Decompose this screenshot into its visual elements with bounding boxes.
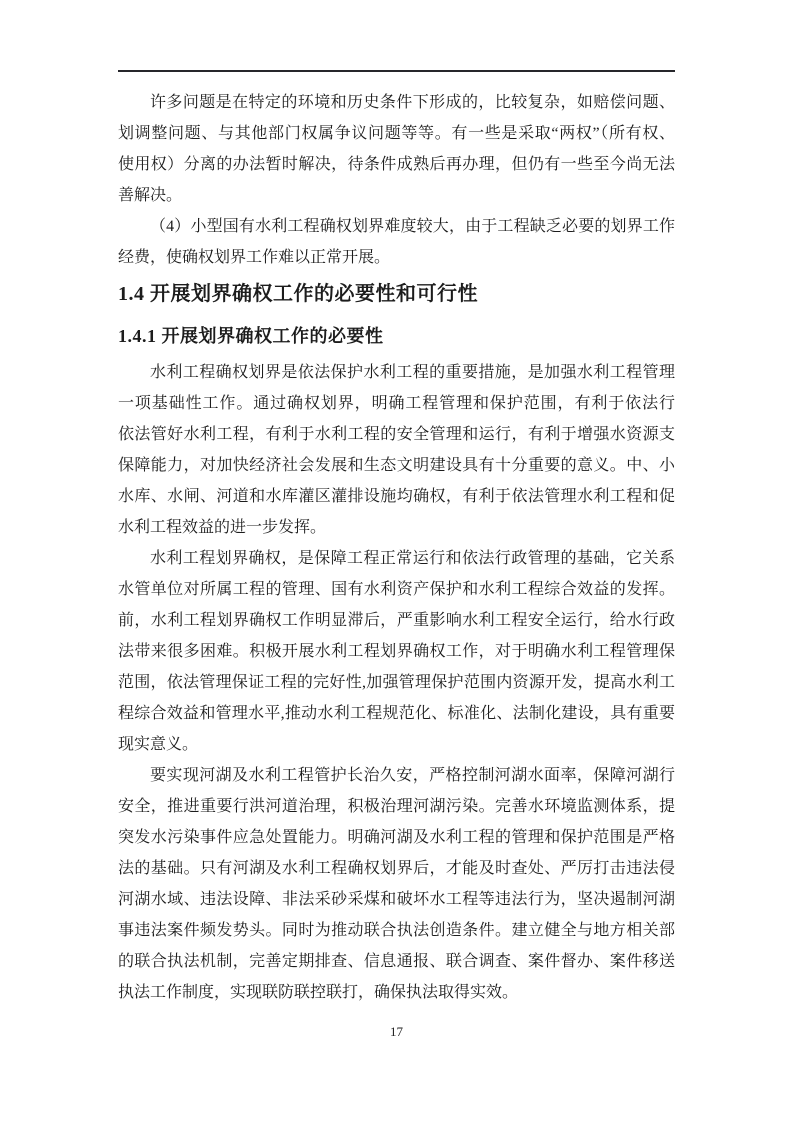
document-body: 许多问题是在特定的环境和历史条件下形成的，比较复杂，如赔偿问题、区划调整问题、与… <box>118 87 675 1008</box>
text-line: 程综合效益和管理水平,推动水利工程规范化、标准化、法制化建设，具有重要 <box>118 698 675 729</box>
text-line: 事违法案件频发势头。同时为推动联合执法创造条件。建立健全与地方相关部门 <box>118 915 675 946</box>
text-line: 水利工程确权划界是依法保护水利工程的重要措施，是加强水利工程管理的 <box>118 357 675 388</box>
text-line: 水利工程效益的进一步发挥。 <box>118 512 675 543</box>
paragraph-necessity-basis: 水利工程确权划界是依法保护水利工程的重要措施，是加强水利工程管理的一项基础性工作… <box>118 357 675 543</box>
text-line: 一项基础性工作。通过确权划界，明确工程管理和保护范围，有利于依法行政、 <box>118 388 675 419</box>
header-rule <box>118 70 675 72</box>
text-line: 善解决。 <box>118 180 675 211</box>
page-number: 17 <box>390 1024 403 1039</box>
paragraph-current-lag: 水利工程划界确权，是保障工程正常运行和依法行政管理的基础，它关系到水管单位对所属… <box>118 543 675 760</box>
document-page: 许多问题是在特定的环境和历史条件下形成的，比较复杂，如赔偿问题、区划调整问题、与… <box>0 0 793 1122</box>
text-line: 执法工作制度，实现联防联控联打，确保执法取得实效。 <box>118 977 675 1008</box>
text-line: 安全，推进重要行洪河道治理，积极治理河湖污染。完善水环境监测体系，提升 <box>118 791 675 822</box>
page-footer: 17 <box>0 1022 793 1042</box>
text-line: 河湖水域、违法设障、非法采砂采煤和破坏水工程等违法行为，坚决遏制河湖水 <box>118 884 675 915</box>
text-line: 划调整问题、与其他部门权属争议问题等等。有一些是采取“两权”（所有权、 <box>118 118 675 149</box>
text-line: 许多问题是在特定的环境和历史条件下形成的，比较复杂，如赔偿问题、区 <box>118 87 675 118</box>
text-line: 范围，依法管理保证工程的完好性,加强管理保护范围内资源开发，提高水利工 <box>118 667 675 698</box>
text-line: 水库、水闸、河道和水库灌区灌排设施均确权，有利于依法管理水利工程和促进 <box>118 481 675 512</box>
paragraph-rivers-lakes-enforcement: 要实现河湖及水利工程管护长治久安，严格控制河湖水面率，保障河湖行洪安全，推进重要… <box>118 760 675 1008</box>
text-line: 法的基础。只有河湖及水利工程确权划界后，才能及时查处、严厉打击违法侵占 <box>118 853 675 884</box>
text-line: 要实现河湖及水利工程管护长治久安，严格控制河湖水面率，保障河湖行洪 <box>118 760 675 791</box>
text-line: 现实意义。 <box>118 729 675 760</box>
text-line: 水管单位对所属工程的管理、国有水利资产保护和水利工程综合效益的发挥。当 <box>118 574 675 605</box>
text-line: 前，水利工程划界确权工作明显滞后，严重影响水利工程安全运行，给水行政执 <box>118 605 675 636</box>
text-line: （4）小型国有水利工程确权划界难度较大，由于工程缺乏必要的划界工作 <box>118 211 675 242</box>
text-line: 水利工程划界确权，是保障工程正常运行和依法行政管理的基础，它关系到 <box>118 543 675 574</box>
text-line: 使用权）分离的办法暂时解决，待条件成熟后再办理，但仍有一些至今尚无法妥 <box>118 149 675 180</box>
text-line: 经费，使确权划界工作难以正常开展。 <box>118 242 675 273</box>
text-line: 法带来很多困难。积极开展水利工程划界确权工作，对于明确水利工程管理保护 <box>118 636 675 667</box>
text-line: 保障能力，对加快经济社会发展和生态文明建设具有十分重要的意义。中、小型 <box>118 450 675 481</box>
text-line: 的联合执法机制，完善定期排查、信息通报、联合调查、案件督办、案件移送等 <box>118 946 675 977</box>
text-line: 突发水污染事件应急处置能力。明确河湖及水利工程的管理和保护范围是严格执 <box>118 822 675 853</box>
paragraph-item-4-difficulty: （4）小型国有水利工程确权划界难度较大，由于工程缺乏必要的划界工作经费，使确权划… <box>118 211 675 273</box>
heading-1-4-1: 1.4.1 开展划界确权工作的必要性 <box>118 315 675 357</box>
paragraph-unresolved-issues: 许多问题是在特定的环境和历史条件下形成的，比较复杂，如赔偿问题、区划调整问题、与… <box>118 87 675 211</box>
text-line: 依法管好水利工程，有利于水利工程的安全管理和运行，有利于增强水资源支撑 <box>118 419 675 450</box>
heading-1-4: 1.4 开展划界确权工作的必要性和可行性 <box>118 273 675 315</box>
